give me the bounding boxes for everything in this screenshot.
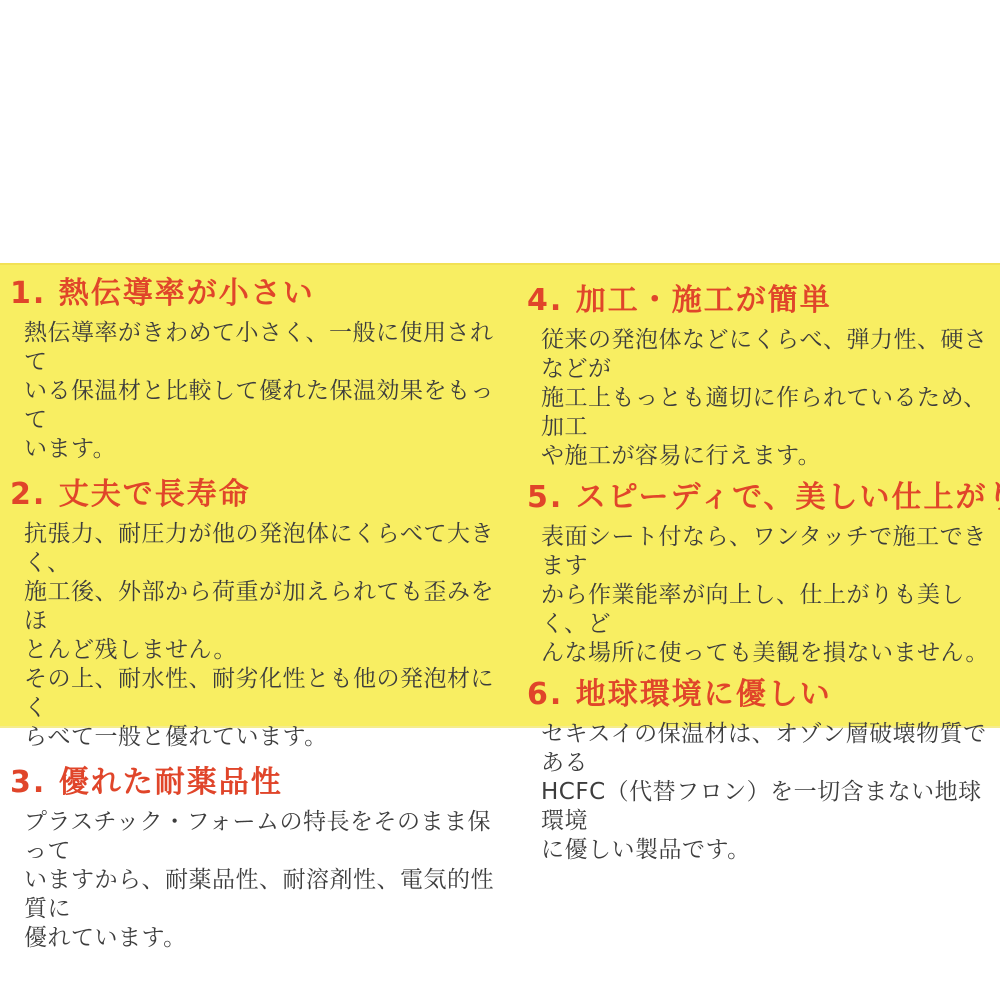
feature-body-6: セキスイの保温材は、オゾン層破壊物質である HCFC（代替フロン）を一切含まない…: [541, 720, 993, 865]
feature-heading-2: 2. 丈夫で長寿命: [10, 477, 502, 513]
feature-heading-4: 4. 加工・施工が簡単: [527, 283, 993, 319]
feature-heading-3: 3. 優れた耐薬品性: [10, 765, 502, 801]
feature-body-1: 熱伝導率がきわめて小さく、一般に使用されて いる保温材と比較して優れた保温効果を…: [24, 319, 502, 464]
feature-heading-1: 1. 熱伝導率が小さい: [10, 276, 502, 312]
feature-section-5: 5. スピーディで、美しい仕上がり 表面シート付なら、ワンタッチで施工できます …: [527, 480, 993, 668]
feature-body-2: 抗張力、耐圧力が他の発泡体にくらべて大きく、 施工後、外部から荷重が加えられても…: [24, 520, 502, 752]
feature-section-6: 6. 地球環境に優しい セキスイの保温材は、オゾン層破壊物質である HCFC（代…: [527, 677, 993, 865]
feature-body-5: 表面シート付なら、ワンタッチで施工できます から作業能率が向上し、仕上がりも美し…: [541, 523, 993, 668]
feature-body-4: 従来の発泡体などにくらべ、弾力性、硬さなどが 施工上もっとも適切に作られているた…: [541, 326, 993, 471]
feature-heading-5: 5. スピーディで、美しい仕上がり: [527, 480, 993, 516]
features-column-right: 4. 加工・施工が簡単 従来の発泡体などにくらべ、弾力性、硬さなどが 施工上もっ…: [527, 283, 993, 874]
feature-section-2: 2. 丈夫で長寿命 抗張力、耐圧力が他の発泡体にくらべて大きく、 施工後、外部か…: [10, 477, 502, 752]
feature-heading-6: 6. 地球環境に優しい: [527, 677, 993, 713]
features-column-left: 1. 熱伝導率が小さい 熱伝導率がきわめて小さく、一般に使用されて いる保温材と…: [10, 276, 502, 966]
feature-section-1: 1. 熱伝導率が小さい 熱伝導率がきわめて小さく、一般に使用されて いる保温材と…: [10, 276, 502, 464]
brochure-page: 1. 熱伝導率が小さい 熱伝導率がきわめて小さく、一般に使用されて いる保温材と…: [0, 0, 1000, 1000]
feature-body-3: プラスチック・フォームの特長をそのまま保って いますから、耐薬品性、耐溶剤性、電…: [24, 808, 502, 953]
feature-section-4: 4. 加工・施工が簡単 従来の発泡体などにくらべ、弾力性、硬さなどが 施工上もっ…: [527, 283, 993, 471]
yellow-panel: 1. 熱伝導率が小さい 熱伝導率がきわめて小さく、一般に使用されて いる保温材と…: [0, 263, 1000, 728]
feature-section-3: 3. 優れた耐薬品性 プラスチック・フォームの特長をそのまま保って いますから、…: [10, 765, 502, 953]
